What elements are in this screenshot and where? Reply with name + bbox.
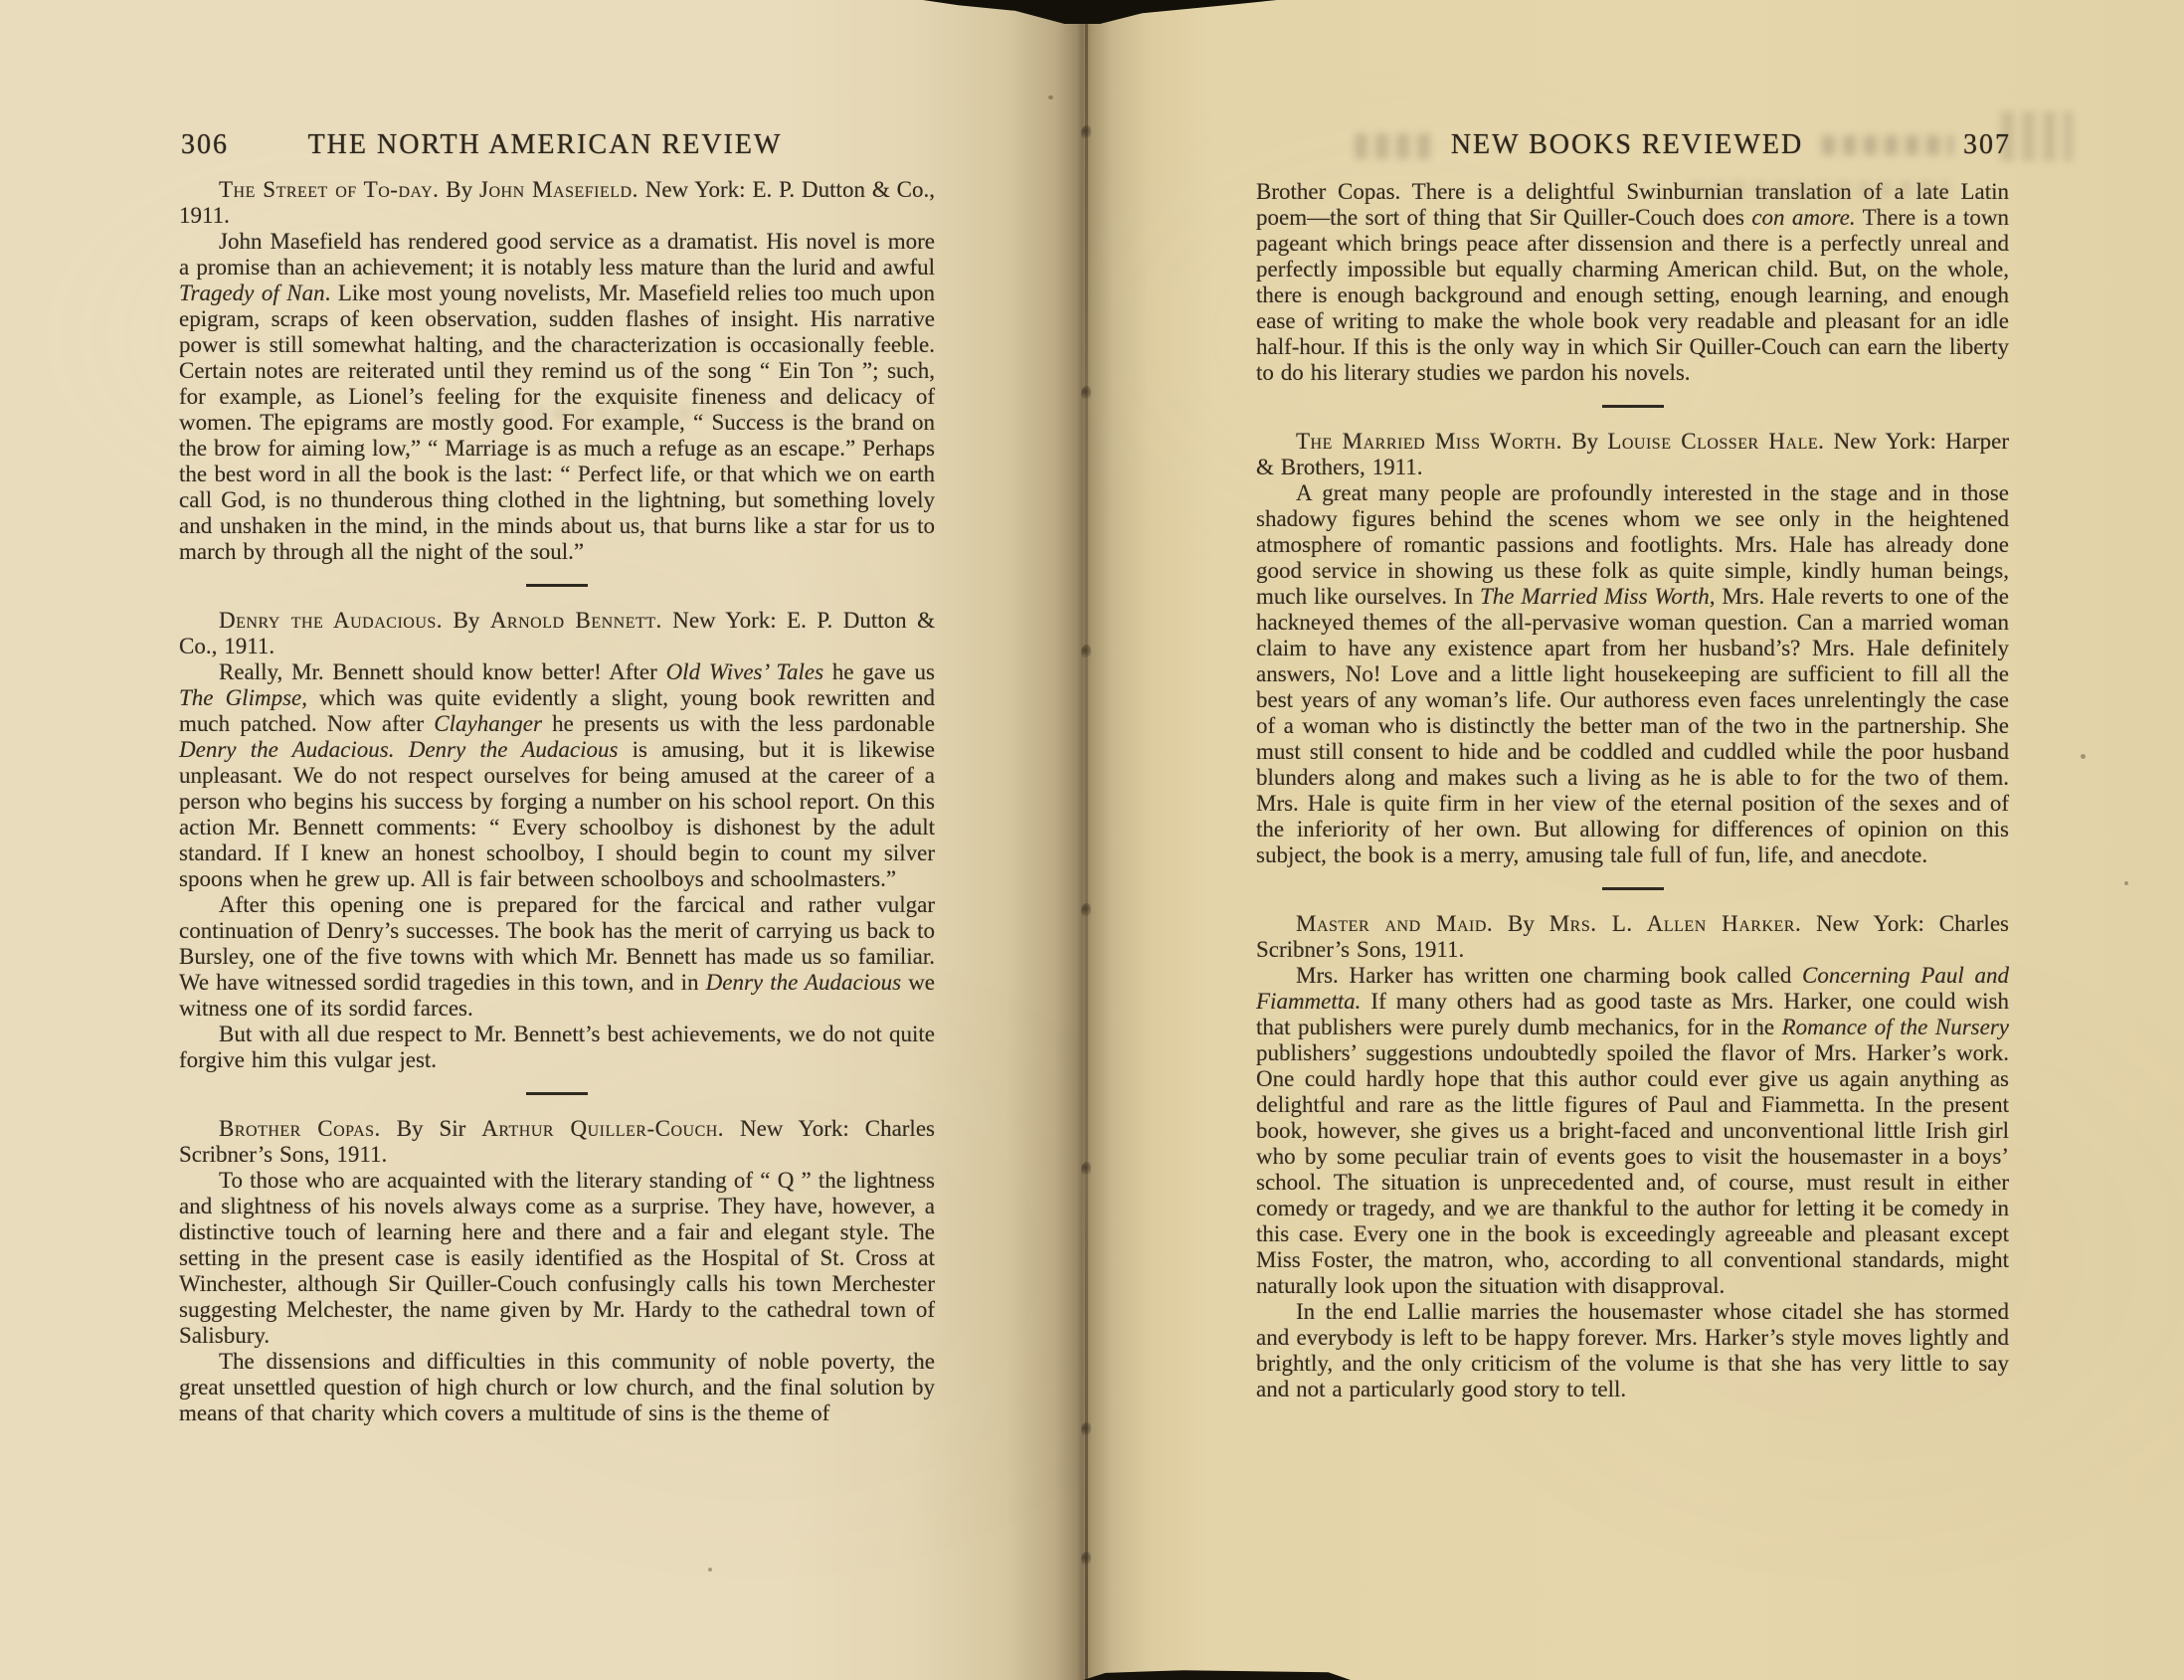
book-spread: 306 THE NORTH AMERICAN REVIEW NEW BOOKS … bbox=[0, 0, 2184, 1680]
stitch-mark bbox=[1081, 1422, 1091, 1436]
small-caps-text: Arthur Quiller-Couch. bbox=[481, 1116, 724, 1141]
body-text bbox=[394, 737, 408, 762]
italic-title-text: con amore. bbox=[1751, 205, 1855, 230]
small-caps-text: John Masefield. bbox=[479, 177, 638, 202]
section-divider bbox=[526, 1092, 588, 1095]
italic-title-text: The Glimpse, bbox=[179, 685, 307, 710]
section-divider bbox=[1602, 405, 1664, 408]
review-paragraph: A great many people are profoundly inter… bbox=[1256, 480, 2009, 868]
italic-title-text: Denry the Audacious bbox=[409, 737, 619, 762]
italic-title-text: Old Wives’ Tales bbox=[666, 659, 824, 684]
right-page-number: 307 bbox=[1963, 129, 2011, 161]
review-heading: Denry the Audacious. By Arnold Bennett. … bbox=[179, 608, 935, 659]
body-text: By Sir bbox=[381, 1116, 481, 1141]
body-text: . Like most young novelists, Mr. Masefie… bbox=[179, 280, 935, 564]
body-text: Really, Mr. Bennett should know better! … bbox=[219, 659, 666, 684]
review-paragraph: After this opening one is prepared for t… bbox=[179, 892, 935, 1022]
small-caps-text: Arnold Bennett. bbox=[490, 608, 662, 633]
body-text: In the end Lallie marries the housemaste… bbox=[1256, 1299, 2009, 1401]
small-caps-text: The Street of To-day. bbox=[219, 177, 439, 202]
small-caps-text: Master and Maid. bbox=[1296, 911, 1493, 936]
italic-title-text: Denry the Audacious bbox=[706, 970, 901, 995]
review-paragraph: The dissensions and difficulties in this… bbox=[179, 1349, 935, 1426]
review-paragraph: To those who are acquainted with the lit… bbox=[179, 1168, 935, 1349]
small-caps-text: Denry the Audacious. bbox=[219, 608, 443, 633]
body-text: By bbox=[439, 177, 479, 202]
italic-title-text: The Married Miss Worth, bbox=[1480, 584, 1715, 609]
body-text: John Masefield has rendered good service… bbox=[179, 229, 935, 280]
review-paragraph: But with all due respect to Mr. Bennett’… bbox=[179, 1022, 935, 1073]
left-page-body: The Street of To-day. By John Masefield.… bbox=[179, 177, 935, 1426]
body-text: But with all due respect to Mr. Bennett’… bbox=[179, 1022, 935, 1072]
body-text: Mrs. Hale reverts to one of the hackneye… bbox=[1256, 584, 2009, 867]
body-text: By bbox=[443, 608, 490, 633]
body-text: By bbox=[1493, 911, 1549, 936]
left-running-title: THE NORTH AMERICAN REVIEW bbox=[308, 129, 783, 161]
right-running-title: NEW BOOKS REVIEWED bbox=[1451, 129, 1803, 161]
body-text: By bbox=[1562, 429, 1607, 454]
small-caps-text: Brother Copas. bbox=[219, 1116, 381, 1141]
section-divider bbox=[526, 584, 588, 587]
review-paragraph: John Masefield has rendered good service… bbox=[179, 229, 935, 565]
body-text: publishers’ suggestions undoubtedly spoi… bbox=[1256, 1040, 2009, 1298]
review-heading: The Married Miss Worth. By Louise Closse… bbox=[1256, 429, 2009, 480]
stitch-mark bbox=[1081, 645, 1091, 658]
section-divider bbox=[1602, 887, 1664, 890]
stitch-mark bbox=[1081, 903, 1091, 917]
italic-title-text: Clayhanger bbox=[434, 711, 542, 736]
review-heading: The Street of To-day. By John Masefield.… bbox=[179, 177, 935, 229]
right-page-body: Brother Copas. There is a delightful Swi… bbox=[1256, 179, 2009, 1402]
body-text: The dissensions and difficulties in this… bbox=[179, 1349, 935, 1425]
review-paragraph: In the end Lallie marries the housemaste… bbox=[1256, 1299, 2009, 1402]
stitch-mark bbox=[1081, 125, 1091, 139]
body-text: To those who are acquainted with the lit… bbox=[179, 1168, 935, 1348]
review-paragraph: Brother Copas. There is a delightful Swi… bbox=[1256, 179, 2009, 386]
review-heading: Brother Copas. By Sir Arthur Quiller-Cou… bbox=[179, 1116, 935, 1168]
italic-title-text: Tragedy of Nan bbox=[179, 280, 325, 305]
stitch-mark bbox=[1081, 386, 1091, 400]
small-caps-text: Louise Closser Hale. bbox=[1607, 429, 1824, 454]
small-caps-text: Mrs. L. Allen Harker. bbox=[1549, 911, 1801, 936]
body-text: he presents us with the less pardonable bbox=[542, 711, 935, 736]
body-text: he gave us bbox=[823, 659, 935, 684]
left-page-number: 306 bbox=[181, 129, 229, 161]
italic-title-text: Denry the Audacious. bbox=[179, 737, 394, 762]
review-paragraph: Really, Mr. Bennett should know better! … bbox=[179, 659, 935, 892]
body-text: There is a town pageant which brings pea… bbox=[1256, 205, 2009, 385]
stitch-mark bbox=[1081, 1162, 1091, 1176]
review-heading: Master and Maid. By Mrs. L. Allen Harker… bbox=[1256, 911, 2009, 963]
body-text: Mrs. Harker has written one charming boo… bbox=[1296, 963, 1802, 988]
stitch-mark bbox=[1081, 1552, 1091, 1566]
italic-title-text: Romance of the Nursery bbox=[1782, 1015, 2009, 1039]
small-caps-text: The Married Miss Worth. bbox=[1296, 429, 1562, 454]
review-paragraph: Mrs. Harker has written one charming boo… bbox=[1256, 963, 2009, 1299]
